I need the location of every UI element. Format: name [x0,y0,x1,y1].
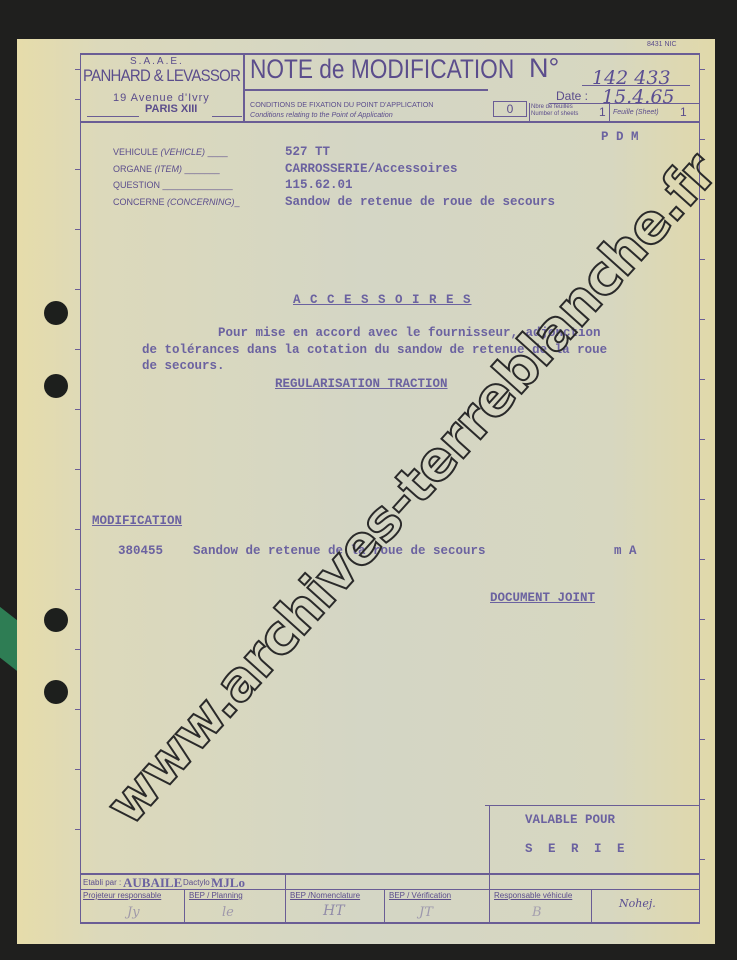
punch-hole [44,374,68,398]
sig-divider [489,889,490,923]
sheets-divider [529,103,530,122]
title-underline [245,89,488,91]
footer-bottom-rule [80,922,700,924]
validity-box-top [485,805,700,806]
number-label: N° [529,53,559,84]
company-name: PANHARD & LEVASSOR [83,66,240,86]
footer-divider [285,873,286,890]
field-vehicle-label: VEHICULE (VEHICLE) ____ [113,147,228,157]
validity-line2: S E R I E [525,842,629,856]
company-city: PARIS XIII [145,103,197,115]
sig-label-nomenclature: BEP /Nomenclature [290,891,360,900]
attachment-label: DOCUMENT JOINT [490,591,595,605]
sig-label-responsable: Responsable véhicule [494,891,572,900]
document-page: 8431 NIC S.A.A.E. PANHARD & LEVASSOR 19 … [17,39,715,944]
signature-planning: le [222,905,234,920]
sig-divider [285,889,286,923]
sig-label-verification: BEP / Vérification [389,891,451,900]
field-concerning-value: Sandow de retenue de roue de secours [285,195,555,209]
conditions-value: 0 [493,101,527,117]
validity-box-left [489,805,490,895]
sheets-label-fr: Nbre de feuilles [531,104,573,110]
field-concerning-label: CONCERNE (CONCERNING)_ [113,197,240,207]
etabli-value: AUBAILE [123,875,182,891]
date-value: 15.4.65 [602,86,675,108]
date-label: Date : [556,89,588,103]
punch-hole [44,680,68,704]
body-paragraph-line3: de secours. [142,359,225,373]
header-divider [243,53,245,123]
field-vehicle-value: 527 TT [285,145,330,159]
sheet-label: Feuille (Sheet) [613,109,659,116]
sig-divider [384,889,385,923]
city-rule-right [212,116,242,117]
modification-heading: MODIFICATION [92,514,182,528]
dactylo-label: Dactylo : [183,878,214,887]
corner-code: P D M [601,130,639,144]
regularisation-heading: REGULARISATION TRACTION [275,377,448,391]
sig-divider [184,889,185,923]
section-title: A C C E S S O I R E S [293,293,472,307]
punch-hole [44,301,68,325]
signature-verification: JT [419,905,433,920]
signature-responsable: B [532,905,542,920]
punch-hole [44,608,68,632]
signature-extra: Nohej. [619,897,656,910]
modification-ref: 380455 [118,544,163,558]
signature-projeteur: Jy [127,905,140,920]
modification-code: m A [614,544,637,558]
dactylo-value: MJLo [211,875,245,891]
field-item-label: ORGANE (ITEM) _______ [113,164,220,174]
sheets-label-en: Number of sheets [531,111,578,117]
field-question-value: 115.62.01 [285,178,353,192]
etabli-label: Etabli par : [83,878,121,887]
sheet-divider [609,103,610,122]
watermark-text: www.archives-terreblanche.fr [94,141,729,837]
conditions-label-en: Conditions relating to the Point of Appl… [250,110,393,119]
form-code: 8431 NIC [647,41,677,48]
header-bottom-rule [80,121,700,123]
left-margin-rule [80,53,81,923]
sig-label-projeteur: Projeteur responsable [83,891,161,900]
sheets-value: 1 [599,105,606,119]
validity-line1: VALABLE POUR [525,813,615,827]
sig-divider [591,889,592,923]
sheet-value: 1 [680,105,687,119]
sig-label-planning: BEP / Planning [189,891,243,900]
field-question-label: QUESTION ______________ [113,180,233,190]
city-rule-left [87,116,139,117]
signature-nomenclature: HT [323,903,345,919]
conditions-label-fr: CONDITIONS DE FIXATION DU POINT D'APPLIC… [250,100,433,109]
field-item-value: CARROSSERIE/Accessoires [285,162,458,176]
document-title: NOTE de MODIFICATION [250,54,514,85]
